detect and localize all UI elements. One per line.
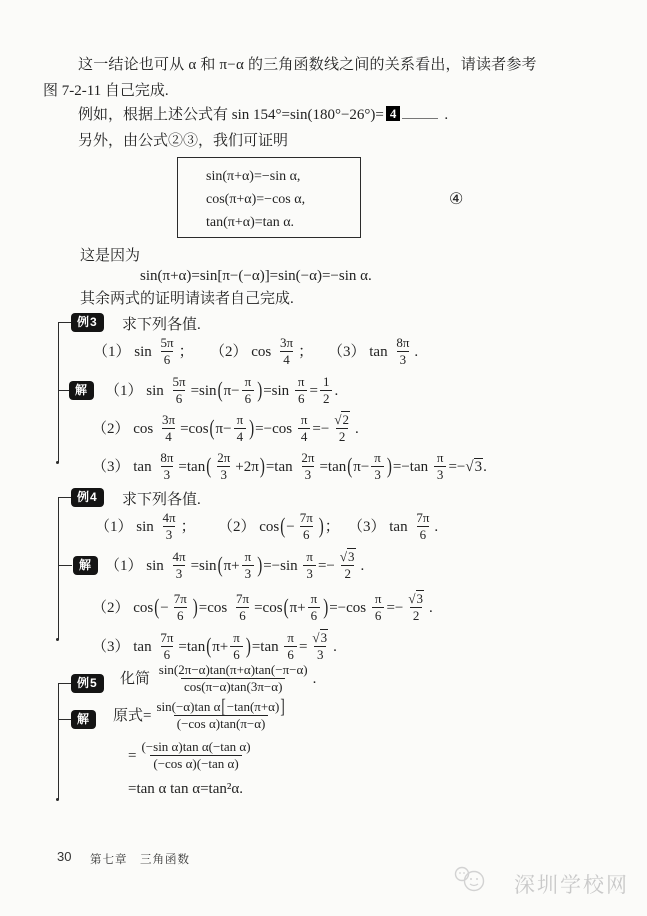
bracket-tick — [58, 565, 72, 566]
formula-line: tan(π+α)=tan α. — [206, 211, 360, 234]
example3-problem-2: （2） cos 3π4； — [210, 336, 313, 370]
example4-solution-1: （1） sin 4π3=sin(π+π3)=−sin π3=−√32. — [105, 550, 364, 584]
bracket-dot — [56, 461, 59, 464]
formula-line: sin(π+α)=−sin α, — [206, 165, 360, 188]
example4-badge: 例4 — [72, 489, 103, 506]
formula-box: sin(π+α)=−sin α, cos(π+α)=−cos α, tan(π+… — [177, 157, 361, 238]
smiley-faces-logo-icon — [451, 865, 491, 902]
bracket-dot — [56, 798, 59, 801]
bracket-tick — [58, 322, 72, 323]
bracket-line — [58, 497, 59, 640]
answer-marker-box: 4 — [386, 106, 401, 121]
example3-problem-1: （1） sin 5π6； — [93, 336, 194, 370]
example5-badge: 例5 — [72, 675, 103, 692]
example4-problem-2: （2） cos(−7π6)； — [218, 511, 340, 545]
example5-solution-2: =(−sin α)tan α(−tan α)(−cos α)(−tan α) — [128, 740, 256, 774]
because-lead: 这是因为 — [80, 246, 140, 266]
bracket-line — [58, 683, 59, 800]
example5-problem: 化简 sin(2π−α)tan(π+α)tan(−π−α)cos(π−α)tan… — [120, 663, 316, 697]
example-sentence-text: 例如，根据上述公式有 sin 154°=sin(180°−26°)= — [78, 107, 384, 123]
example5-solution-1: 原式=sin(−α)tan α[−tan(π+α)](−cos α)tan(π−… — [113, 700, 291, 734]
example-sentence-period: . — [444, 107, 448, 123]
fill-in-blank — [402, 106, 438, 119]
intro-line-2: 图 7-2-11 自己完成. — [43, 81, 169, 101]
example3-solution-2: （2） cos 3π4=cos(π−π4)=−cos π4=−√22. — [92, 413, 359, 447]
example3-badge: 例3 — [72, 314, 103, 331]
example3-solution-3: （3） tan 8π3=tan(2π3+2π)=tan 2π3=tan(π−π3… — [92, 451, 487, 485]
example4-problem-1: （1） sin 4π3； — [95, 511, 196, 545]
example4-problem-3: （3） tan 7π6. — [348, 511, 438, 545]
intro-line-3: 另外，由公式②③，我们可证明 — [78, 131, 288, 151]
because-note: 其余两式的证明请读者自己完成. — [80, 289, 294, 309]
chapter-title: 第七章 三角函数 — [90, 851, 190, 867]
example-sentence: 例如，根据上述公式有 sin 154°=sin(180°−26°)=4. — [78, 105, 448, 125]
formula-number-tag: ④ — [449, 189, 463, 209]
derivation-formula: sin(π+α)=sin[π−(−α)]=sin(−α)=−sin α. — [140, 266, 372, 286]
formula-line: cos(π+α)=−cos α, — [206, 188, 360, 211]
textbook-page: 这一结论也可从 α 和 π−α 的三角函数线之间的关系看出，请读者参考 图 7-… — [0, 0, 647, 916]
watermark-text: 深圳学校网 — [514, 869, 629, 899]
example5-solution-badge: 解 — [72, 711, 95, 728]
bracket-tick — [58, 683, 72, 684]
page-number: 30 — [57, 849, 71, 864]
bracket-tick — [58, 719, 72, 720]
example5-solution-3: =tan α tan α=tan²α. — [128, 781, 243, 798]
example3-title: 求下列各值. — [122, 315, 201, 335]
bracket-line — [58, 322, 59, 463]
example3-solution-1: （1） sin 5π6=sin(π−π6)=sin π6=12. — [105, 375, 338, 409]
bracket-dot — [56, 638, 59, 641]
example4-solution-badge: 解 — [74, 557, 97, 574]
example3-problem-3: （3） tan 8π3. — [328, 336, 418, 370]
bracket-tick — [58, 390, 70, 391]
example4-solution-3: （3） tan 7π6=tan(π+π6)=tan π6=√33. — [92, 631, 337, 665]
example4-solution-2: （2） cos(−7π6)=cos 7π6=cos(π+π6)=−cos π6=… — [92, 592, 433, 626]
example3-solution-badge: 解 — [70, 382, 93, 399]
intro-line-1: 这一结论也可从 α 和 π−α 的三角函数线之间的关系看出，请读者参考 — [78, 55, 537, 75]
bracket-tick — [58, 497, 72, 498]
example4-title: 求下列各值. — [122, 490, 201, 510]
